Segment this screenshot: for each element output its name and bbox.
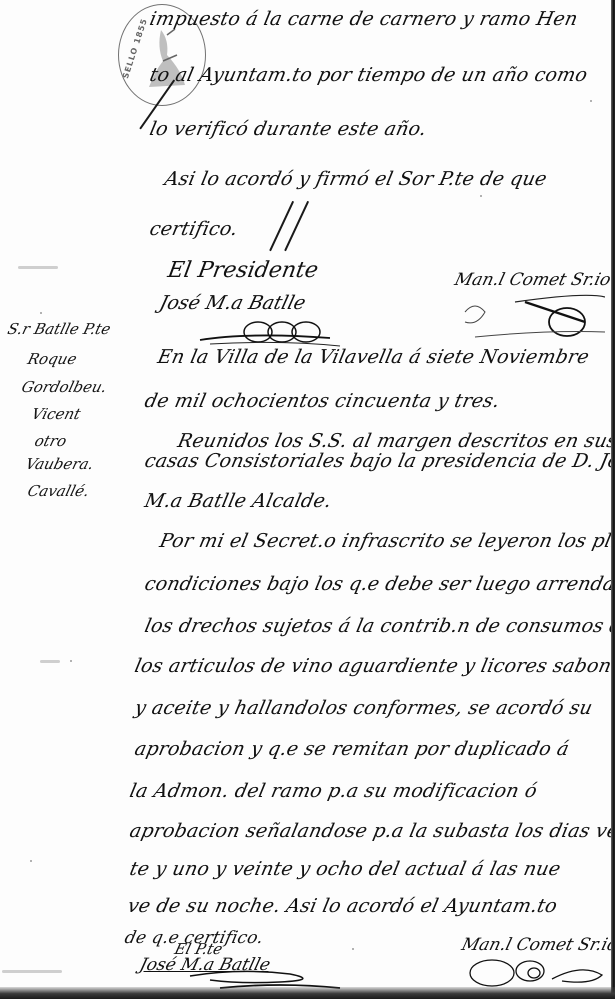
margin-name-gordolbeu: Gordolbeu.: [20, 378, 109, 396]
body-line-5: certifico.: [148, 218, 240, 240]
body-line-20: ve de su noche. Asi lo acordó el Ayuntam…: [126, 895, 560, 917]
body-line-13: los drechos sujetos á la contrib.n de co…: [143, 615, 615, 637]
body-line-6: En la Villa de la Vilavella á siete Novi…: [156, 346, 592, 368]
body-line-18: aprobacion señalandose p.a la subasta lo…: [128, 820, 615, 842]
signature-flourish-icon: [190, 310, 350, 350]
body-line-12: condiciones bajo los q.e debe ser luego …: [143, 573, 615, 595]
margin-name-cavalle: Cavallé.: [26, 482, 92, 500]
closing-secretary-flourish-icon: [462, 955, 612, 991]
body-line-4: Asi lo acordó y firmó el Sor P.te de que: [163, 168, 549, 190]
paper-speckle: [70, 660, 72, 662]
margin-name-vaubera: Vaubera.: [24, 455, 96, 473]
margin-smudge: [40, 660, 60, 663]
body-line-7: de mil ochocientos cincuenta y tres.: [143, 390, 502, 412]
body-line-15: y aceite y hallandolos conformes, se aco…: [133, 697, 595, 719]
body-line-14: los articulos de vino aguardiente y lico…: [133, 655, 614, 677]
paper-speckle: [480, 195, 482, 197]
body-line-19: te y uno y veinte y ocho del actual á la…: [128, 858, 563, 880]
margin-smudge: [2, 970, 62, 973]
paper-speckle: [30, 860, 32, 862]
secretary-signature-top: Man.l Comet Sr.io: [453, 270, 613, 290]
body-line-11: Por mi el Secret.o infrascrito se leyero…: [158, 530, 615, 552]
paper-speckle: [590, 100, 592, 102]
margin-smudge: [18, 266, 58, 269]
body-line-9: casas Consistoriales bajo la presidencia…: [143, 450, 615, 472]
document-page: SELLO 1855 impuesto á la carne de carner…: [0, 0, 615, 999]
page-binding-edge: [611, 0, 615, 999]
margin-name-otro: otro: [33, 432, 69, 450]
ink-stroke: [269, 201, 294, 252]
body-line-16: aprobacion y q.e se remitan por duplicad…: [133, 738, 572, 760]
secretary-flourish-icon: [455, 292, 605, 342]
presidente-title: El Presidente: [166, 258, 320, 283]
margin-name-roque: Roque: [26, 350, 79, 368]
body-line-10: M.a Batlle Alcalde.: [143, 490, 334, 512]
body-line-3: lo verificó durante este año.: [148, 118, 429, 140]
closing-secretary-signature: Man.l Comet Sr.io: [460, 935, 615, 955]
margin-name-vicent: Vicent: [30, 405, 83, 423]
page-bottom-edge: [0, 987, 615, 999]
paper-speckle: [352, 948, 354, 950]
body-line-2: to al Ayuntam.to por tiempo de un año co…: [148, 64, 590, 86]
paper-speckle: [40, 312, 42, 314]
body-line-1: impuesto á la carne de carnero y ramo He…: [148, 8, 580, 30]
body-line-17: la Admon. del ramo p.a su modificacion ó: [128, 780, 539, 802]
margin-name-batlle: S.r Batlle P.te: [6, 320, 113, 338]
body-line-8: Reunidos los S.S. al margen descritos en…: [176, 430, 615, 452]
